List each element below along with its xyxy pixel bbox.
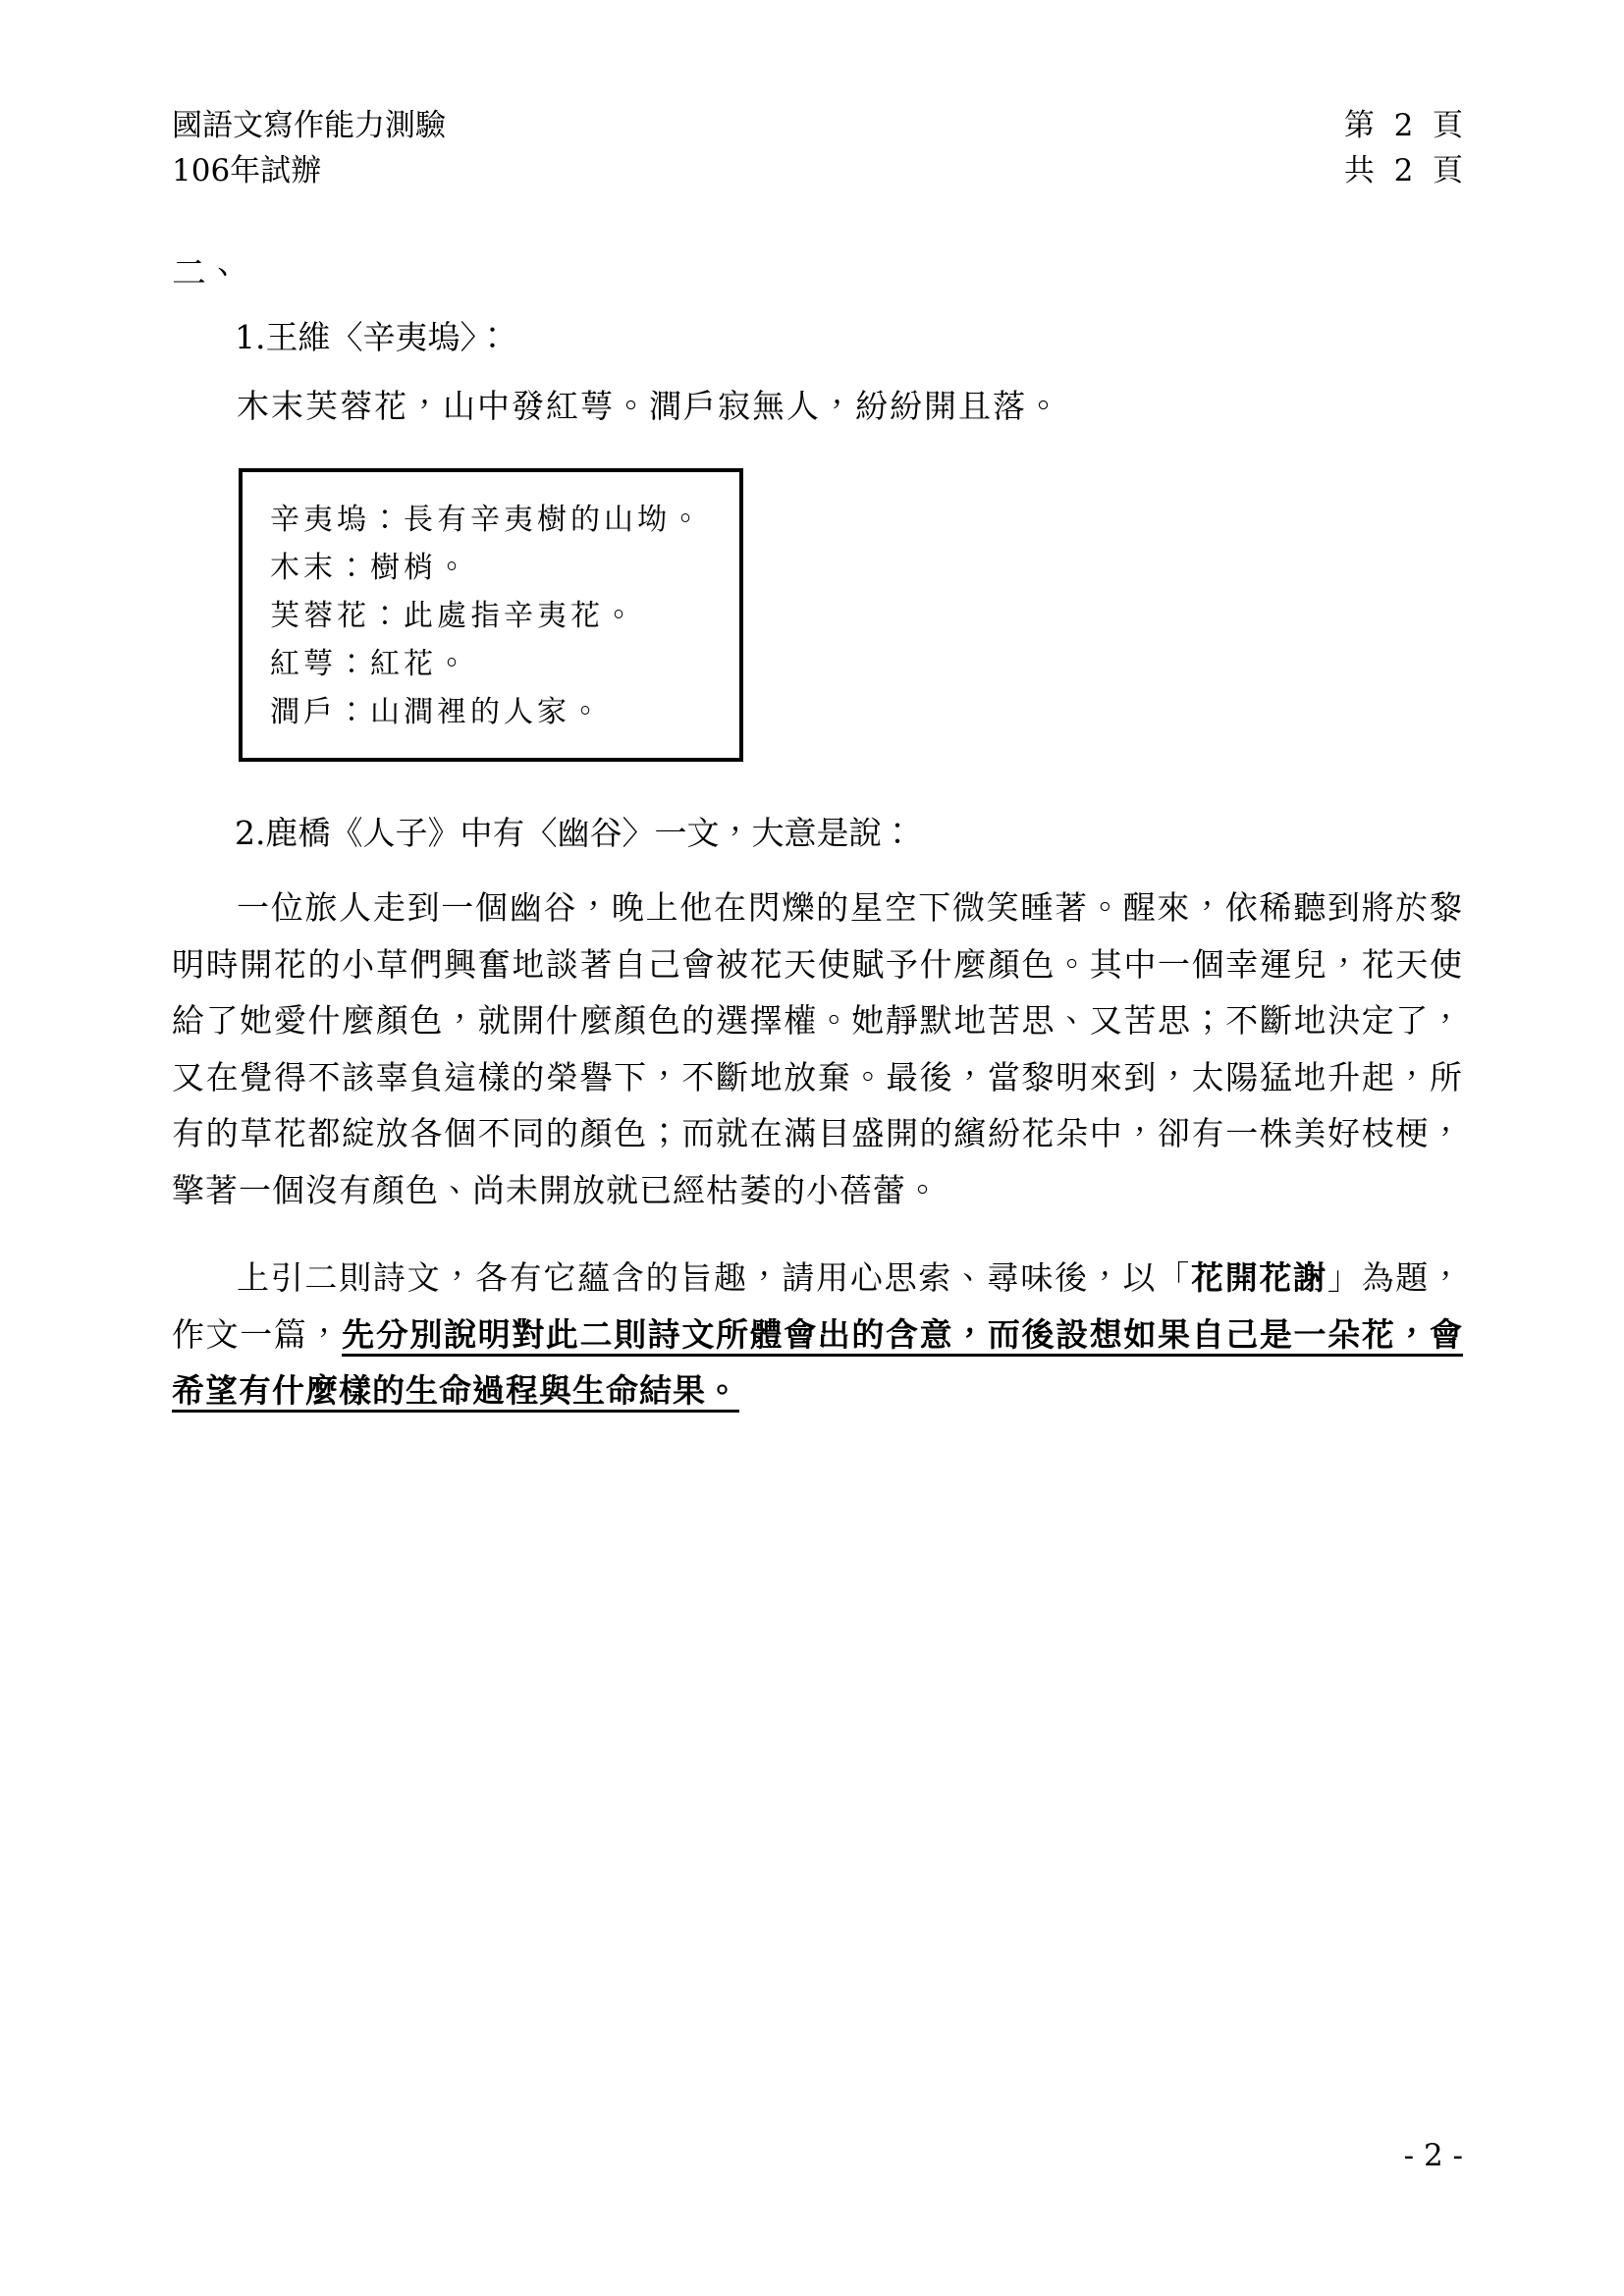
- page-footer: - 2 -: [1404, 2138, 1463, 2173]
- header-title-block: 國語文寫作能力測驗 106年試辦: [172, 103, 446, 193]
- footer-page-number: - 2 -: [1404, 2138, 1463, 2173]
- exam-year: 106年試辦: [172, 148, 446, 193]
- annotation-line: 紅萼：紅花。: [270, 640, 720, 688]
- annotation-line: 澗戶：山澗裡的人家。: [270, 688, 720, 736]
- story-summary-paragraph: 一位旅人走到一個幽谷，晚上他在閃爍的星空下微笑睡著。醒來，依稀聽到將於黎明時開花…: [172, 880, 1463, 1218]
- prompt-requirement: 先分別說明對此二則詩文所體會出的含意，而後設想如果自己是一朵花，會希望有什麼樣的…: [172, 1315, 1463, 1411]
- page-total-indicator: 共 2 頁: [1344, 148, 1463, 193]
- header-page-block: 第 2 頁 共 2 頁: [1344, 103, 1463, 193]
- annotation-line: 辛夷塢：長有辛夷樹的山坳。: [270, 496, 720, 544]
- essay-title: 花開花謝: [1191, 1258, 1327, 1297]
- item2-heading: 2.鹿橋《人子》中有〈幽谷〉一文，大意是說：: [235, 813, 1463, 854]
- question-section: 二、 1.王維〈辛夷塢〉： 木末芙蓉花，山中發紅萼。澗戶寂無人，紛紛開且落。 辛…: [172, 254, 1463, 1419]
- document-page: 國語文寫作能力測驗 106年試辦 第 2 頁 共 2 頁 二、 1.王維〈辛夷塢…: [0, 0, 1624, 2296]
- page-number-indicator: 第 2 頁: [1344, 103, 1463, 148]
- page-header: 國語文寫作能力測驗 106年試辦 第 2 頁 共 2 頁: [172, 103, 1463, 193]
- annotation-line: 芙蓉花：此處指辛夷花。: [270, 592, 720, 640]
- item1-heading: 1.王維〈辛夷塢〉：: [235, 317, 1463, 358]
- annotation-line: 木末：樹梢。: [270, 544, 720, 592]
- prompt-intro: 上引二則詩文，各有它蘊含的旨趣，請用心思索、尋味後，以「: [237, 1258, 1191, 1297]
- exam-title: 國語文寫作能力測驗: [172, 103, 446, 148]
- section-number: 二、: [172, 254, 1463, 294]
- poem-text: 木末芙蓉花，山中發紅萼。澗戶寂無人，紛紛開且落。: [237, 386, 1463, 427]
- annotation-box: 辛夷塢：長有辛夷樹的山坳。 木末：樹梢。 芙蓉花：此處指辛夷花。 紅萼：紅花。 …: [239, 468, 743, 762]
- essay-prompt-paragraph: 上引二則詩文，各有它蘊含的旨趣，請用心思索、尋味後，以「花開花謝」為題，作文一篇…: [172, 1250, 1463, 1419]
